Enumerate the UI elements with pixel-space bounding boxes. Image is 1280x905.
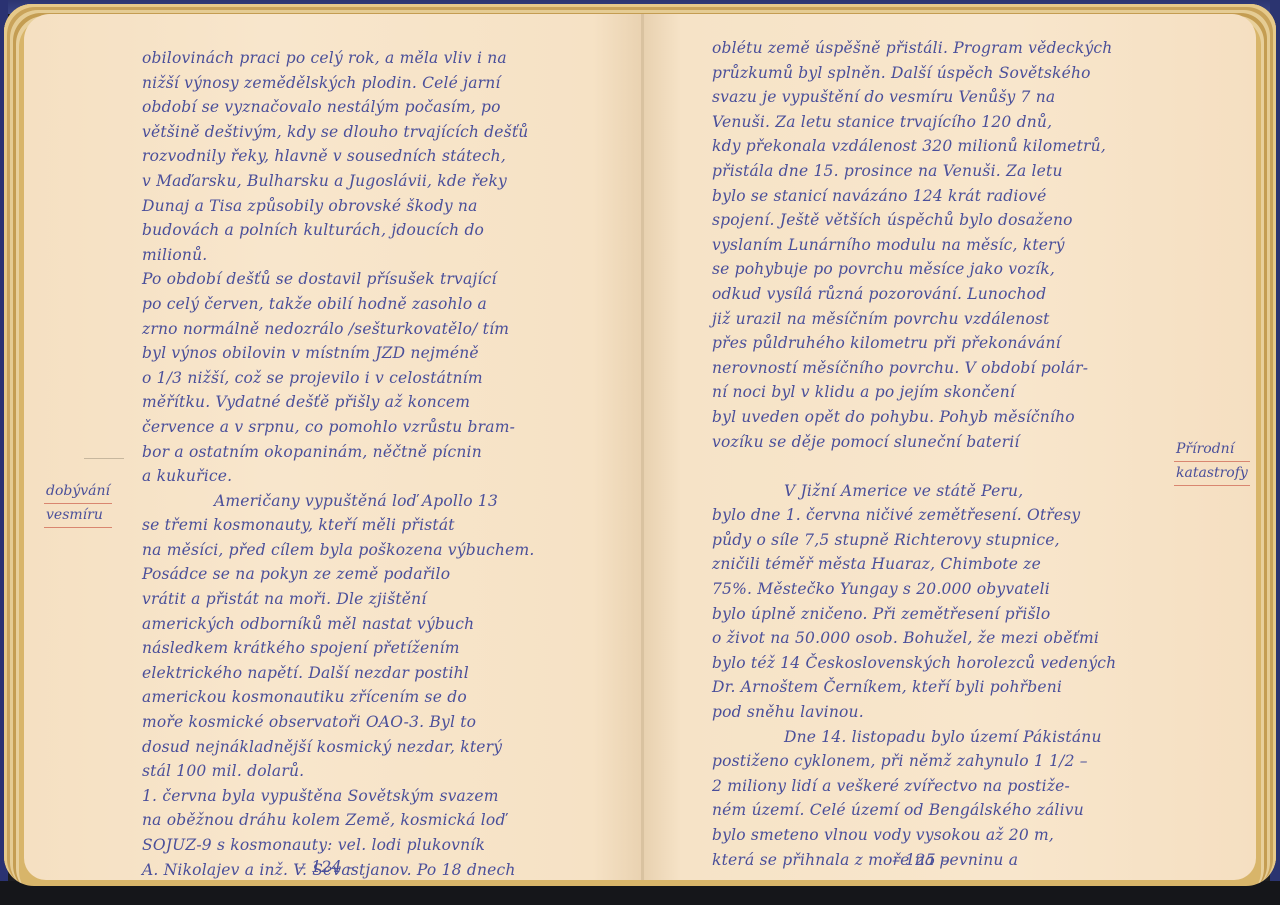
text-line: na měsíci, před cílem byla poškozena výb… [142, 538, 642, 563]
text-line: byl uveden opět do pohybu. Pohyb měsíční… [712, 405, 1212, 430]
text-line: bor a ostatním okopaninám, něčtně pícnin [142, 440, 642, 465]
text-line: oblétu země úspěšně přistáli. Program vě… [712, 36, 1212, 61]
page-number-left: – 124 – [298, 857, 355, 876]
text-line: o 1/3 nižší, což se projevilo i v celost… [142, 366, 642, 391]
text-line: bylo smeteno vlnou vody vysokou až 20 m, [712, 823, 1212, 848]
page-number-right: – 125 – [892, 850, 949, 869]
text-line: bylo dne 1. června ničivé zemětřesení. O… [712, 503, 1212, 528]
text-line: o život na 50.000 osob. Bohužel, že mezi… [712, 626, 1212, 651]
text-line: následkem krátkého spojení přetížením [142, 636, 642, 661]
text-line: většině deštivým, kdy se dlouho trvající… [142, 120, 642, 145]
text-line: ní noci byl v klidu a po jejím skončení [712, 380, 1212, 405]
text-line: Venuši. Za letu stanice trvajícího 120 d… [712, 110, 1212, 135]
text-line: která se přihnala z moře na pevninu a [712, 848, 1212, 873]
text-line: rozvodnily řeky, hlavně v sousedních stá… [142, 144, 642, 169]
margin-note-line: katastrofy [1174, 462, 1250, 486]
text-line: přes půldruhého kilometru při překonáván… [712, 331, 1212, 356]
text-line: přistála dne 15. prosince na Venuši. Za … [712, 159, 1212, 184]
text-line: zničili téměř města Huaraz, Chimbote ze [712, 552, 1212, 577]
text-line: obilovinách praci po celý rok, a měla vl… [142, 46, 642, 71]
text-line: v Maďarsku, Bulharsku a Jugoslávii, kde … [142, 169, 642, 194]
text-line: spojení. Ještě větších úspěchů bylo dosa… [712, 208, 1212, 233]
text-line: bylo úplně zničeno. Při zemětřesení přiš… [712, 602, 1212, 627]
margin-note-line: Přírodní [1174, 438, 1250, 462]
text-line: americkou kosmonautiku zřícením se do [142, 685, 642, 710]
text-line: stál 100 mil. dolarů. [142, 759, 642, 784]
text-line: 2 miliony lidí a veškeré zvířectvo na po… [712, 774, 1212, 799]
text-line: Američany vypuštěná loď Apollo 13 [142, 489, 642, 514]
text-line: pod sněhu lavinou. [712, 700, 1212, 725]
text-line: moře kosmické observatoři OAO-3. Byl to [142, 710, 642, 735]
left-page: dobývání vesmíru obilovinách praci po ce… [24, 14, 642, 880]
text-line: A. Nikolajev a inž. V. Sevastjanov. Po 1… [142, 858, 642, 880]
text-line: se pohybuje po povrchu měsíce jako vozík… [712, 257, 1212, 282]
text-line: odkud vysílá různá pozorování. Lunochod [712, 282, 1212, 307]
text-line: se třemi kosmonauty, kteří měli přistát [142, 513, 642, 538]
text-line: budovách a polních kulturách, jdoucích d… [142, 218, 642, 243]
text-line: měřítku. Vydatné dešťě přišly až koncem [142, 390, 642, 415]
text-line: milionů. [142, 243, 642, 268]
text-line: Posádce se na pokyn ze země podařilo [142, 562, 642, 587]
text-line: ném území. Celé území od Bengálského zál… [712, 798, 1212, 823]
text-line: nerovností měsíčního povrchu. V období p… [712, 356, 1212, 381]
text-line: bylo též 14 Československých horolezců v… [712, 651, 1212, 676]
text-line: po celý červen, takže obilí hodně zasohl… [142, 292, 642, 317]
text-line: a kukuřice. [142, 464, 642, 489]
text-line: průzkumů byl splněn. Další úspěch Sověts… [712, 61, 1212, 86]
text-line: zrno normálně nedozrálo /sešturkovatělo/… [142, 317, 642, 342]
text-line: nižší výnosy zemědělských plodin. Celé j… [142, 71, 642, 96]
text-line: kdy překonala vzdálenost 320 milionů kil… [712, 134, 1212, 159]
text-line: půdy o síle 7,5 stupně Richterovy stupni… [712, 528, 1212, 553]
left-page-text: obilovinách praci po celý rok, a měla vl… [142, 46, 642, 880]
text-line: elektrického napětí. Další nezdar postih… [142, 661, 642, 686]
text-line: 75%. Městečko Yungay s 20.000 obyvateli [712, 577, 1212, 602]
right-page-text: oblétu země úspěšně přistáli. Program vě… [712, 36, 1212, 872]
text-line [712, 454, 1212, 479]
text-line: období se vyznačovalo nestálým počasím, … [142, 95, 642, 120]
text-line: Dr. Arnoštem Černíkem, kteří byli pohřbe… [712, 675, 1212, 700]
text-line: Po období dešťů se dostavil přísušek trv… [142, 267, 642, 292]
text-line: 1. června byla vypuštěna Sovětským svaze… [142, 784, 642, 809]
margin-mark [84, 458, 124, 459]
margin-note-line: vesmíru [44, 504, 112, 528]
right-page: oblétu země úspěšně přistáli. Program vě… [644, 14, 1256, 880]
text-line: dosud nejnákladnější kosmický nezdar, kt… [142, 735, 642, 760]
text-line: Dne 14. listopadu bylo území Pákistánu [712, 725, 1212, 750]
text-line: na oběžnou dráhu kolem Země, kosmická lo… [142, 808, 642, 833]
text-line: SOJUZ-9 s kosmonauty: vel. lodi plukovní… [142, 833, 642, 858]
text-line: byl výnos obilovin v místním JZD nejméně [142, 341, 642, 366]
text-line: vrátit a přistát na moři. Dle zjištění [142, 587, 642, 612]
margin-note-space-exploration: dobývání vesmíru [44, 480, 112, 528]
text-line: bylo se stanicí navázáno 124 krát radiov… [712, 184, 1212, 209]
margin-note-line: dobývání [44, 480, 112, 504]
text-line: července a v srpnu, co pomohlo vzrůstu b… [142, 415, 642, 440]
margin-note-natural-disasters: Přírodní katastrofy [1174, 438, 1250, 486]
text-line: amerických odborníků měl nastat výbuch [142, 612, 642, 637]
text-line: již urazil na měsíčním povrchu vzdálenos… [712, 307, 1212, 332]
text-line: vozíku se děje pomocí sluneční baterií [712, 430, 1212, 455]
text-line: Dunaj a Tisa způsobily obrovské škody na [142, 194, 642, 219]
text-line: vyslaním Lunárního modulu na měsíc, kter… [712, 233, 1212, 258]
text-line: svazu je vypuštění do vesmíru Venůšy 7 n… [712, 85, 1212, 110]
text-line: V Jižní Americe ve státě Peru, [712, 479, 1212, 504]
text-line: postiženo cyklonem, při němž zahynulo 1 … [712, 749, 1212, 774]
